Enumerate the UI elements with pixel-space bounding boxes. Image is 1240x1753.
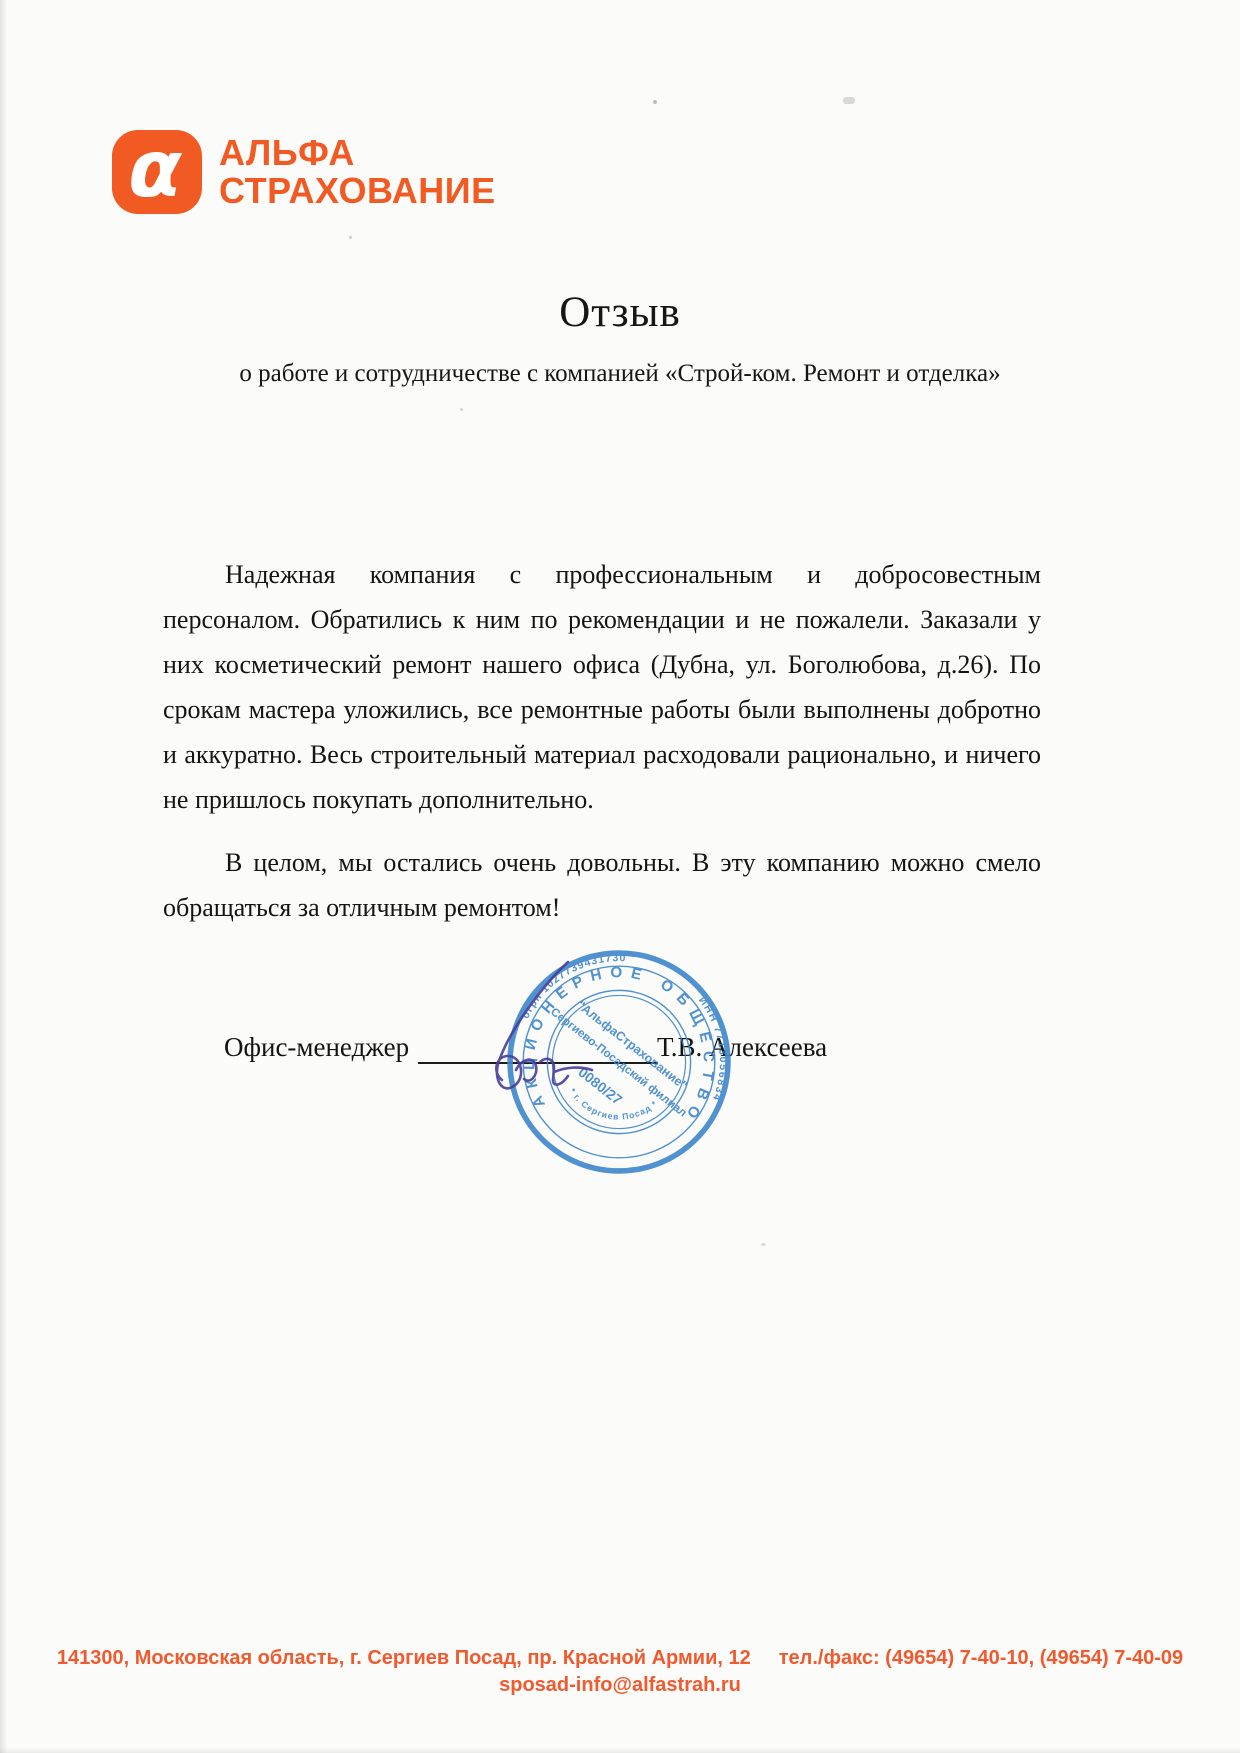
footer-address: 141300, Московская область, г. Сергиев П…	[57, 1645, 751, 1671]
scan-speck	[843, 97, 855, 104]
logo-wordmark-line1: АЛЬФА	[219, 134, 496, 172]
scan-edge-shadow-bottom	[0, 1747, 1240, 1753]
handwritten-signature	[450, 952, 600, 1112]
logo-wordmark-line2: СТРАХОВАНИЕ	[219, 172, 496, 210]
scan-speck	[349, 236, 352, 239]
scan-edge-shadow	[0, 0, 7, 1753]
footer-phone: тел./факс: (49654) 7-40-10, (49654) 7-40…	[779, 1645, 1183, 1671]
logo-wordmark: АЛЬФА СТРАХОВАНИЕ	[219, 134, 496, 210]
letter-subtitle: о работе и сотрудничестве с компанией «С…	[0, 360, 1240, 388]
signer-role-label: Офис-менеджер	[224, 1032, 409, 1063]
paragraph-2: В целом, мы остались очень довольны. В э…	[163, 840, 1041, 930]
footer-email: sposad-info@alfastrah.ru	[0, 1671, 1240, 1699]
scan-speck	[460, 408, 463, 411]
alfastrahovanie-logo: α АЛЬФА СТРАХОВАНИЕ	[112, 130, 496, 214]
paragraph-1: Надежная компания с профессиональным и д…	[163, 552, 1041, 822]
letter-body: Надежная компания с профессиональным и д…	[163, 552, 1041, 948]
footer-contacts-line: 141300, Московская область, г. Сергиев П…	[0, 1645, 1240, 1671]
letter-title: Отзыв	[0, 288, 1240, 337]
alpha-logo-icon: α	[112, 130, 202, 214]
letter-page: α АЛЬФА СТРАХОВАНИЕ Отзыв о работе и сот…	[0, 0, 1240, 1753]
scan-speck	[653, 100, 657, 104]
letter-footer: 141300, Московская область, г. Сергиев П…	[0, 1645, 1240, 1699]
alpha-glyph: α	[128, 131, 182, 209]
scan-speck	[761, 1243, 766, 1246]
